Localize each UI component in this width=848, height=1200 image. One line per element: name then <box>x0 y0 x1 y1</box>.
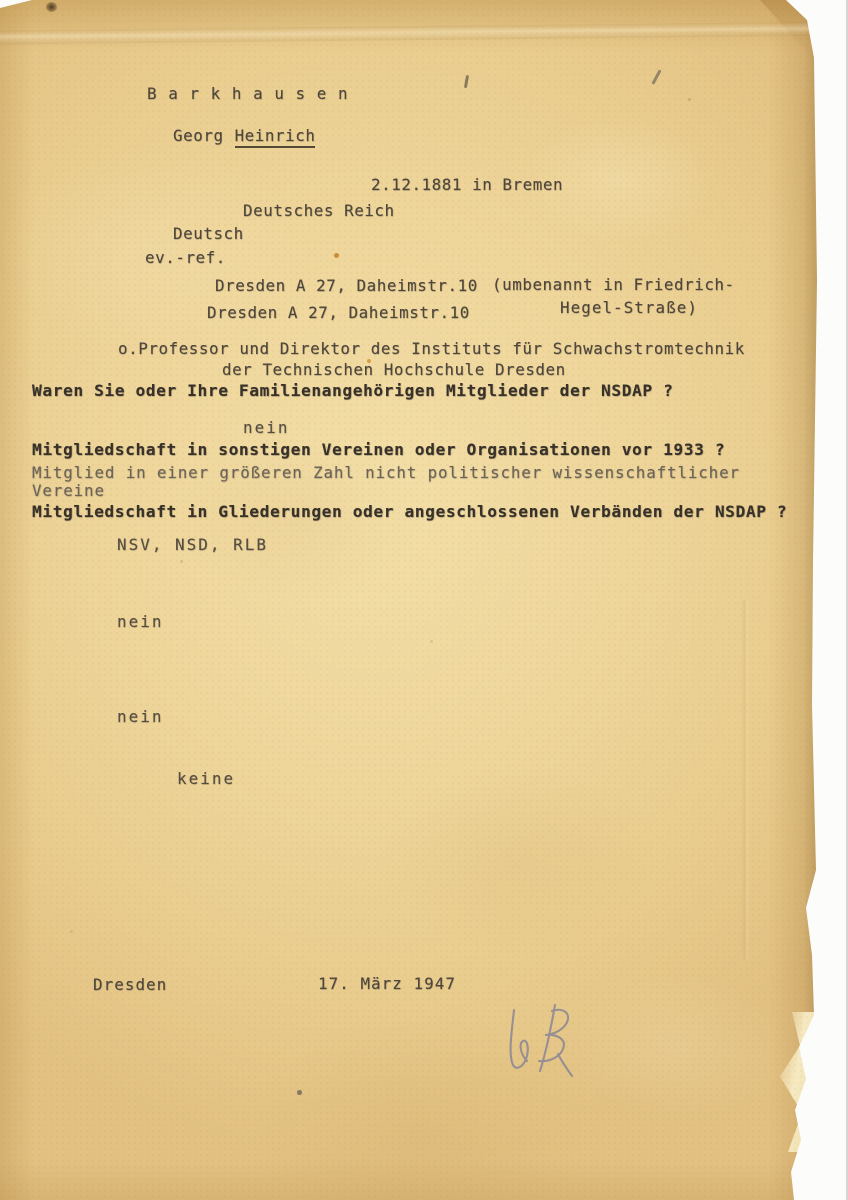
birth-line: 2.12.1881 in Bremen <box>371 176 563 194</box>
address-line-1-note: (umbenannt in Friedrich- <box>492 276 735 294</box>
rust-speck <box>334 253 339 258</box>
right-crease <box>742 600 749 960</box>
place-line: Dresden <box>93 976 167 994</box>
top-crease <box>0 22 848 45</box>
given-name-line: GeorgHeinrich <box>173 127 315 145</box>
paper-sheet: B a r k h a u s e n GeorgHeinrich 2.12.1… <box>0 0 848 1200</box>
paper-freckle <box>430 640 433 643</box>
paper-bottom-shading <box>0 1160 848 1200</box>
torn-edge-patch <box>778 1012 818 1152</box>
nationality-line: Deutsch <box>173 225 244 243</box>
state-line: Deutsches Reich <box>243 202 395 220</box>
answer-blank-3: keine <box>177 770 235 788</box>
given-name-underlined: Heinrich <box>235 126 316 148</box>
surname-line: B a r k h a u s e n <box>147 85 349 103</box>
scanned-document-page: B a r k h a u s e n GeorgHeinrich 2.12.1… <box>0 0 848 1200</box>
paper-top-shading <box>0 0 848 52</box>
answer-vereine-line-2: Vereine <box>32 482 105 500</box>
pen-tick-mark <box>464 75 469 88</box>
address-line-1: Dresden A 27, Daheimstr.10 <box>215 277 478 295</box>
paper-freckle <box>180 560 183 563</box>
pen-slash-mark <box>651 69 661 84</box>
question-nsdap: Waren Sie oder Ihre Familienangehörigen … <box>32 382 673 401</box>
ink-spot <box>46 2 57 12</box>
address-line-2-note: Hegel-Straße) <box>560 299 698 317</box>
address-line-2: Dresden A 27, Daheimstr.10 <box>207 304 470 322</box>
answer-nsdap: nein <box>243 419 289 437</box>
given-name-first: Georg <box>173 126 224 145</box>
paper-left-shading <box>0 0 34 1200</box>
paper-right-edge-shading <box>768 0 818 1200</box>
profession-line-1: o.Professor und Direktor des Instituts f… <box>118 340 745 358</box>
question-vereine: Mitgliedschaft in sonstigen Vereinen ode… <box>32 441 725 460</box>
answer-vereine-line-1: Mitglied in einer größeren Zahl nicht po… <box>32 464 740 482</box>
profession-line-2: der Technischen Hochschule Dresden <box>222 361 566 379</box>
answer-blank-1: nein <box>117 613 163 631</box>
question-gliederungen: Mitgliedschaft in Gliederungen oder ange… <box>32 503 787 522</box>
date-line: 17. März 1947 <box>318 975 456 993</box>
pencil-dot <box>297 1090 302 1095</box>
answer-blank-2: nein <box>117 708 163 726</box>
answer-gliederungen: NSV, NSD, RLB <box>117 536 268 554</box>
signature-initials <box>500 1004 584 1088</box>
religion-line: ev.-ref. <box>145 249 226 267</box>
paper-freckle <box>70 930 73 933</box>
top-right-corner-fold <box>760 0 818 64</box>
paper-freckle <box>688 98 691 101</box>
